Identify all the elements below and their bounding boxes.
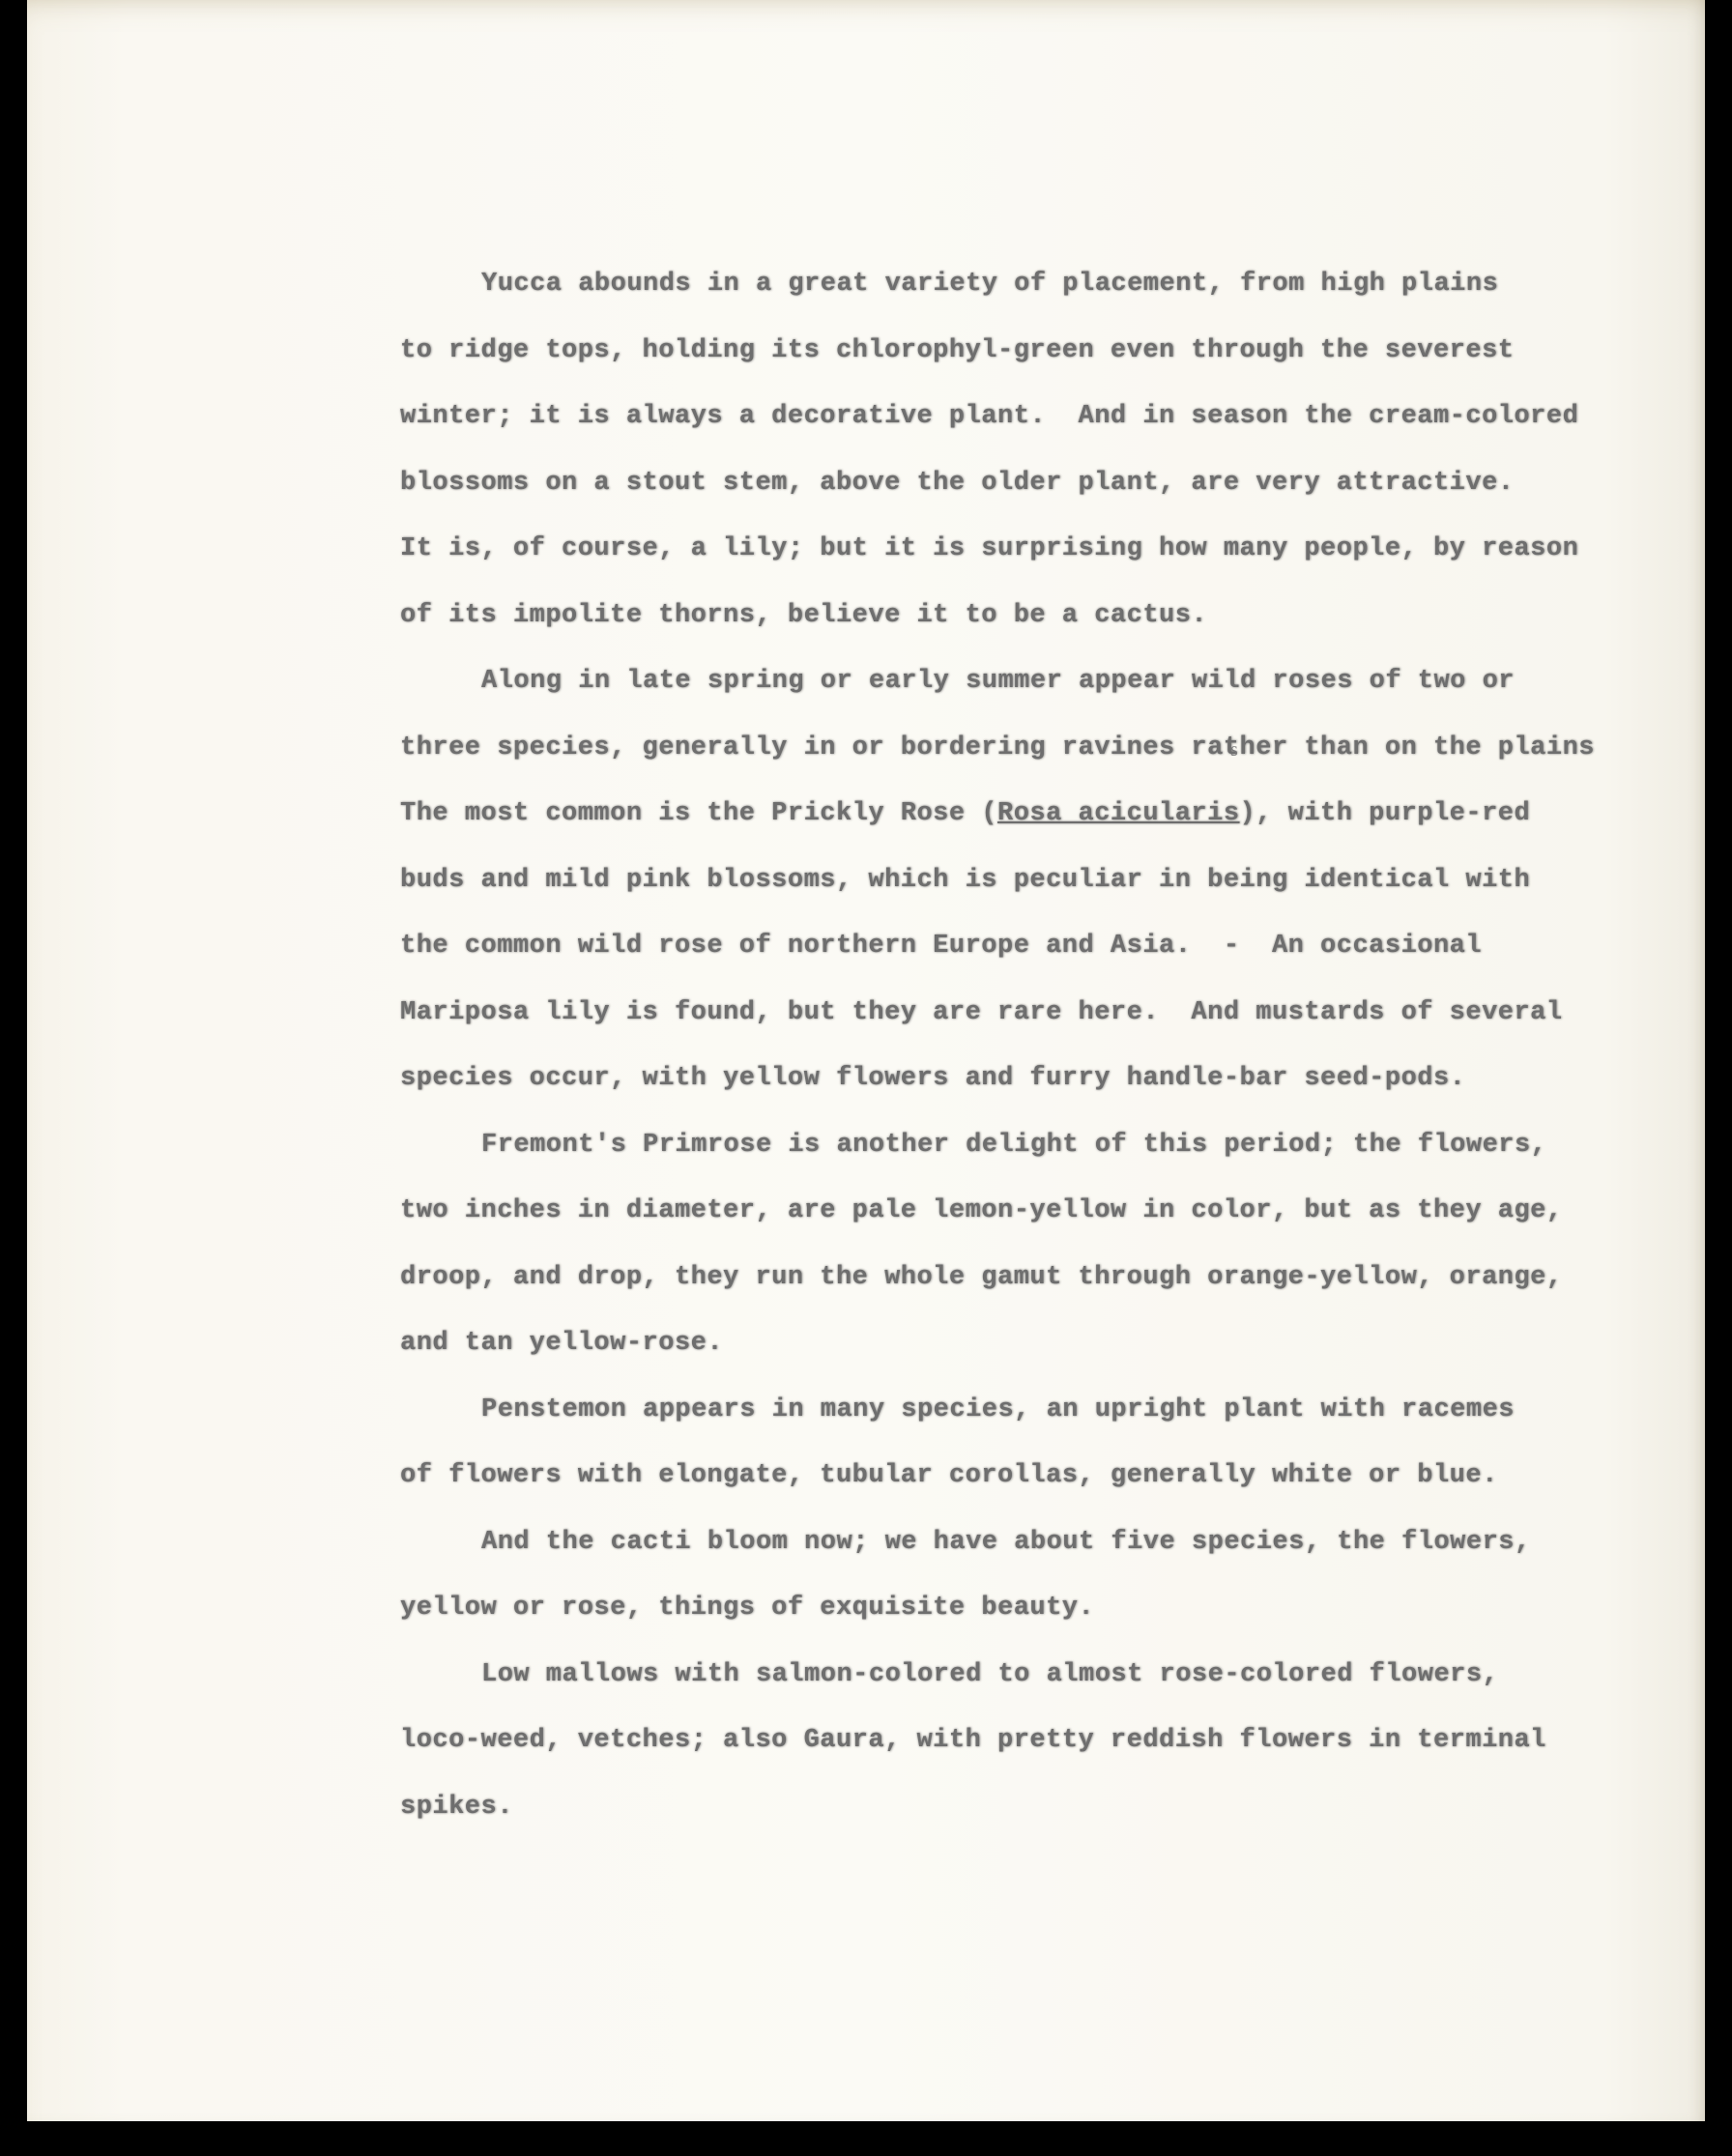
- text-line: species occur, with yellow flowers and f…: [400, 1055, 1647, 1122]
- text-line: Low mallows with salmon-colored to almos…: [400, 1652, 1647, 1718]
- text-line: Penstemon appears in many species, an up…: [400, 1387, 1647, 1453]
- text-line: the common wild rose of northern Europe …: [400, 923, 1647, 990]
- document-page: Yucca abounds in a great variety of plac…: [27, 0, 1705, 2121]
- text-line: Fremont's Primrose is another delight of…: [400, 1122, 1647, 1189]
- text-line: three species, generally in or bordering…: [400, 725, 1647, 791]
- text-line: of its impolite thorns, believe it to be…: [400, 592, 1647, 659]
- text-line: spikes.: [400, 1784, 1647, 1851]
- text-line: blossoms on a stout stem, above the olde…: [400, 460, 1647, 527]
- text-line: and tan yellow-rose.: [400, 1320, 1647, 1387]
- typewritten-text: Yucca abounds in a great variety of plac…: [400, 261, 1647, 1850]
- text-line: two inches in diameter, are pale lemon-y…: [400, 1188, 1647, 1254]
- handwritten-insert-mark: s: [1230, 739, 1238, 762]
- text-line: buds and mild pink blossoms, which is pe…: [400, 857, 1647, 924]
- text-line: Yucca abounds in a great variety of plac…: [400, 261, 1647, 328]
- text-line: Along in late spring or early summer app…: [400, 658, 1647, 725]
- text-line: of flowers with elongate, tubular coroll…: [400, 1452, 1647, 1519]
- text-line: loco-weed, vetches; also Gaura, with pre…: [400, 1717, 1647, 1784]
- text-line: droop, and drop, they run the whole gamu…: [400, 1254, 1647, 1321]
- text-line: It is, of course, a lily; but it is surp…: [400, 526, 1647, 592]
- text-line: yellow or rose, things of exquisite beau…: [400, 1585, 1647, 1652]
- text-line: Mariposa lily is found, but they are rar…: [400, 990, 1647, 1056]
- text-line: And the cacti bloom now; we have about f…: [400, 1519, 1647, 1586]
- text-line: The most common is the Prickly Rose (Ros…: [400, 791, 1647, 857]
- text-line: winter; it is always a decorative plant.…: [400, 393, 1647, 460]
- text-line: to ridge tops, holding its chlorophyl-gr…: [400, 328, 1647, 394]
- latin-name: Rosa acicularis: [997, 799, 1240, 828]
